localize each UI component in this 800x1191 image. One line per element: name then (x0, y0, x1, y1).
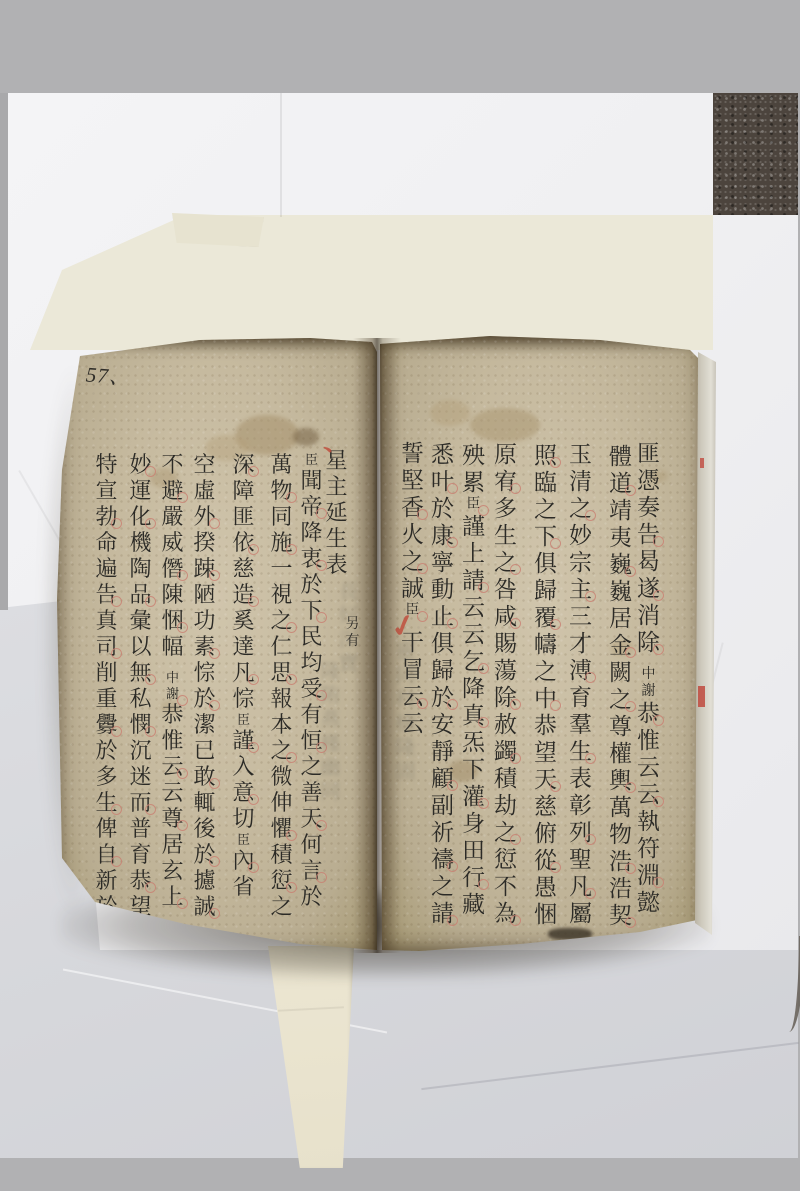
text-column: 匪憑奏告曷遂消除中謝恭惟云云執符淵懿 (635, 440, 662, 916)
manuscript-character: 寧 (429, 549, 456, 576)
manuscript-character: 中 (159, 670, 186, 686)
column-gap (159, 660, 186, 670)
manuscript-character: 積 (268, 842, 295, 868)
text-column: 殃累臣謹上請云云乞降真炁下灌身田行藏 (460, 442, 487, 918)
manuscript-character: 慈 (532, 793, 559, 820)
reading-circle (585, 510, 596, 521)
manuscript-character: 命 (93, 530, 120, 556)
manuscript-character: 田 (460, 837, 487, 864)
reading-circle (447, 780, 458, 791)
manuscript-character: 幬 (532, 631, 559, 658)
manuscript-character: 懿 (635, 889, 662, 916)
text-column: 星主延生表 (323, 448, 350, 578)
manuscript-character: 之 (268, 894, 295, 920)
manuscript-character: 祈 (429, 819, 456, 846)
reading-circle (510, 483, 521, 494)
background-edge-sliver (0, 93, 8, 610)
manuscript-character: 潔 (191, 712, 218, 738)
manuscript-character: 功 (191, 608, 218, 634)
manuscript-character: 陋 (191, 582, 218, 608)
manuscript-character: 憑 (635, 467, 662, 494)
reading-circle (585, 753, 596, 764)
manuscript-character: 不 (492, 873, 519, 900)
manuscript-character: 尊 (607, 713, 634, 740)
manuscript-character: 萬 (607, 794, 634, 821)
folded-paper-flap (172, 213, 264, 247)
manuscript-character: 延 (323, 500, 350, 526)
manuscript-character: 云 (635, 754, 662, 781)
manuscript-left-page: 57、 星主延生表另有臣聞帝降衷於下民均受有恒之善天何言於萬物同施一視之仁思報本… (55, 335, 380, 960)
manuscript-character: 俾 (93, 816, 120, 842)
manuscript-character: 後 (191, 816, 218, 842)
reading-circle (625, 917, 636, 928)
manuscript-character: 槿 (317, 732, 344, 756)
manuscript-character: 恭 (532, 712, 559, 739)
manuscript-right-page: 匪憑奏告曷遂消除中謝恭惟云云執符淵懿體道靖夷巍巍居金闕之尊權輿萬物浩浩契玉清之妙… (380, 335, 705, 955)
manuscript-character: 陶 (127, 556, 154, 582)
reading-circle (550, 700, 561, 711)
manuscript-character: 奚 (230, 608, 257, 634)
manuscript-character: 視 (268, 582, 295, 608)
manuscript-character: 動 (429, 576, 456, 603)
manuscript-character: 特 (93, 452, 120, 478)
manuscript-character: 愆 (492, 846, 519, 873)
manuscript-character: 俱 (532, 550, 559, 577)
reading-circle (447, 537, 458, 548)
reading-circle (585, 888, 596, 899)
manuscript-character: 彰 (567, 792, 594, 819)
manuscript-character: 宣 (93, 478, 120, 504)
manuscript-character: 入 (230, 754, 257, 780)
text-column: 照臨之下俱歸覆幬之中恭望天慈俯從愚悃 (532, 442, 559, 928)
manuscript-character: 陏 (317, 684, 344, 708)
manuscript-character: 私 (127, 686, 154, 712)
manuscript-character: 積 (492, 765, 519, 792)
manuscript-character: 威 (159, 530, 186, 556)
manuscript-character: 削 (93, 660, 120, 686)
manuscript-character: 真 (93, 608, 120, 634)
manuscript-character: 奏 (635, 494, 662, 521)
manuscript-character: 身 (460, 810, 487, 837)
manuscript-character: 臣 (298, 452, 325, 468)
manuscript-character: 運 (127, 478, 154, 504)
manuscript-character: 屬 (567, 900, 594, 927)
manuscript-character: 聖 (567, 846, 594, 873)
manuscript-character: 表 (567, 765, 594, 792)
manuscript-character: 之 (532, 496, 559, 523)
manuscript-character: 謹 (460, 513, 487, 540)
manuscript-character: 萬 (268, 452, 295, 478)
manuscript-character: 主 (323, 474, 350, 500)
manuscript-character: 降 (460, 675, 487, 702)
manuscript-character: 降 (298, 520, 325, 546)
manuscript-character: 殃 (460, 442, 487, 469)
manuscript-character: 誠 (399, 575, 426, 602)
manuscript-character: 歸 (532, 577, 559, 604)
manuscript-character: 恭 (159, 702, 186, 728)
manuscript-character: 重 (93, 686, 120, 712)
reading-circle (550, 538, 561, 549)
text-column: 特宣勃命遍告真司削重釁於多生俾自新於 (93, 452, 120, 920)
dark-object-edge (789, 936, 800, 1032)
red-page-tab (698, 686, 705, 707)
manuscript-character: 蕩 (492, 657, 519, 684)
reading-circle (653, 590, 664, 601)
manuscript-character: 彙 (127, 608, 154, 634)
manuscript-character: 遍 (93, 556, 120, 582)
manuscript-character: 巍 (607, 578, 634, 605)
manuscript-character: 惟 (159, 728, 186, 754)
reading-circle (417, 563, 428, 574)
reading-circle (478, 582, 489, 593)
reading-circle (653, 536, 664, 547)
reading-circle (447, 483, 458, 494)
manuscript-character: 中 (635, 666, 662, 683)
manuscript-character: 才 (567, 630, 594, 657)
manuscript-character: 羣 (567, 711, 594, 738)
manuscript-character: 之 (429, 873, 456, 900)
manuscript-character: 靖 (607, 497, 634, 524)
manuscript-character: 攄 (191, 868, 218, 894)
manuscript-character: 愚 (532, 874, 559, 901)
reading-circle (653, 796, 664, 807)
reading-circle (550, 862, 561, 873)
manuscript-character: 物 (607, 821, 634, 848)
reading-circle (585, 591, 596, 602)
manuscript-character: 民 (298, 624, 325, 650)
manuscript-character: 何 (298, 832, 325, 858)
manuscript-character: 俯 (532, 820, 559, 847)
manuscript-character: 沉 (127, 738, 154, 764)
manuscript-character: 闕 (607, 659, 634, 686)
manuscript-character: 賜 (492, 630, 519, 657)
manuscript-character: 達 (230, 634, 257, 660)
manuscript-character: 宗 (567, 549, 594, 576)
manuscript-character: 一 (268, 556, 295, 582)
manuscript-character: 累 (460, 469, 487, 496)
reading-circle (478, 717, 489, 728)
reading-circle (585, 672, 596, 683)
manuscript-character: 慈 (230, 556, 257, 582)
manuscript-character: 臣 (230, 832, 257, 848)
reading-circle (417, 509, 428, 520)
reading-circle (625, 647, 636, 658)
reading-circle (447, 699, 458, 710)
gutter-shadow (353, 338, 401, 953)
manuscript-character: 炁 (460, 729, 487, 756)
manuscript-character: 執 (635, 808, 662, 835)
manuscript-character: 多 (492, 495, 519, 522)
manuscript-character: 迷 (127, 764, 154, 790)
manuscript-character: 隆 (317, 660, 344, 684)
manuscript-character: 臨 (532, 469, 559, 496)
manuscript-character: 育 (127, 842, 154, 868)
manuscript-character: 居 (159, 832, 186, 858)
manuscript-character: 靜 (429, 738, 456, 765)
reading-circle (510, 564, 521, 575)
manuscript-character: 曷 (635, 548, 662, 575)
manuscript-character: 普 (127, 816, 154, 842)
manuscript-character: 省 (230, 874, 257, 900)
reading-circle (585, 834, 596, 845)
reading-circle (625, 782, 636, 793)
manuscript-character: 原 (492, 441, 519, 468)
manuscript-character: 云 (460, 621, 487, 648)
manuscript-character: 體 (607, 443, 634, 470)
manuscript-character: 赦 (492, 711, 519, 738)
text-column: 空虛外揆踈陋功素悰於潔已敢輒後於攄誠 (191, 452, 218, 920)
reading-circle (478, 663, 489, 674)
manuscript-character: 悉 (429, 441, 456, 468)
manuscript-character: 以 (127, 634, 154, 660)
text-column: 原宥多生之咎咸賜蕩除赦蠲積劫之愆不為 (492, 441, 519, 927)
reading-circle (625, 485, 636, 496)
reading-circle (447, 618, 458, 629)
manuscript-character: 云 (460, 594, 487, 621)
reading-circle (510, 834, 521, 845)
manuscript-character: 悰 (191, 660, 218, 686)
paper-crease (280, 93, 282, 217)
dark-textured-surface (713, 93, 798, 215)
manuscript-character: 微 (268, 764, 295, 790)
manuscript-character: 上 (460, 540, 487, 567)
reading-circle (625, 863, 636, 874)
manuscript-character: 同 (317, 780, 344, 804)
manuscript-character: 悃 (532, 901, 559, 928)
reading-circle (653, 715, 664, 726)
manuscript-character: 表 (323, 552, 350, 578)
text-column: 體道靖夷巍巍居金闕之尊權輿萬物浩浩契 (607, 443, 634, 929)
text-column: 不避嚴威僭陳悃幅中謝恭惟云云尊居玄上 (159, 452, 186, 910)
red-page-tab (700, 458, 704, 468)
text-column: 萬物同施一視之仁思報本之微伸懼積愆之 (268, 452, 295, 920)
manuscript-character: 惟 (635, 727, 662, 754)
reading-circle (478, 798, 489, 809)
reading-circle (510, 699, 521, 710)
manuscript-character: 虛 (191, 478, 218, 504)
manuscript-character: 伸 (268, 790, 295, 816)
manuscript-character: 三 (567, 603, 594, 630)
paper-stain (293, 428, 319, 446)
manuscript-character: 同 (268, 504, 295, 530)
manuscript-character: 切 (230, 806, 257, 832)
reading-circle (447, 861, 458, 872)
manuscript-character: 於 (429, 495, 456, 522)
manuscript-character: 於 (298, 884, 325, 910)
manuscript-character: 本 (268, 712, 295, 738)
manuscript-character: 安 (429, 711, 456, 738)
manuscript-character: 聞 (298, 468, 325, 494)
manuscript-character: 劫 (492, 792, 519, 819)
manuscript-character: 妙 (567, 522, 594, 549)
page-number: 57、 (85, 358, 132, 391)
reading-circle (510, 915, 521, 926)
text-column: 悉叶於康寧動止俱歸於安靜顧副祈禱之請 (429, 441, 456, 927)
column-gap (635, 656, 662, 666)
manuscript-character: 之 (532, 658, 559, 685)
manuscript-character: 陳 (159, 582, 186, 608)
manuscript-character: 已 (191, 738, 218, 764)
manuscript-character: 玉 (567, 441, 594, 468)
manuscript-character: 堅 (399, 467, 426, 494)
manuscript-character: 於 (298, 572, 325, 598)
manuscript-character: 生 (323, 526, 350, 552)
reading-circle (550, 619, 561, 630)
manuscript-character: 不 (159, 452, 186, 478)
reading-circle (177, 695, 188, 706)
reading-circle (625, 566, 636, 577)
manuscript-character: 嚴 (159, 504, 186, 530)
text-column: 玉清之妙宗主三才溥育羣生表彰列聖凡屬 (567, 441, 594, 927)
manuscript-character: 謝 (635, 683, 662, 700)
reading-circle (478, 879, 489, 890)
manuscript-character: 浩 (607, 875, 634, 902)
reading-circle (653, 877, 664, 888)
reading-circle (550, 457, 561, 468)
manuscript-character: 匪 (230, 504, 257, 530)
manuscript-character: 輒 (191, 790, 218, 816)
manuscript-character: 誓 (399, 440, 426, 467)
reading-circle (550, 781, 561, 792)
manuscript-character: 臣 (230, 712, 257, 728)
reading-circle (510, 618, 521, 629)
manuscript-character: 夷 (607, 524, 634, 551)
manuscript-character: 機 (127, 530, 154, 556)
manuscript-character: 報 (268, 686, 295, 712)
manuscript-character: 仁 (268, 634, 295, 660)
manuscript-character: 生 (492, 522, 519, 549)
manuscript-character: 藏 (460, 891, 487, 918)
manuscript-character: 空 (191, 452, 218, 478)
manuscript-character: 歸 (429, 657, 456, 684)
ghost-bleedthrough-column: 隆陏燕槿幽同 (317, 660, 344, 804)
manuscript-character: 副 (429, 792, 456, 819)
manuscript-character: 於 (93, 738, 120, 764)
paper-stain (430, 400, 470, 426)
manuscript-character: 云 (159, 780, 186, 806)
manuscript-character: 權 (607, 740, 634, 767)
manuscript-character: 育 (567, 684, 594, 711)
photo-of-open-manuscript: 57、 星主延生表另有臣聞帝降衷於下民均受有恒之善天何言於萬物同施一視之仁思報本… (0, 0, 800, 1191)
manuscript-character: 玄 (159, 858, 186, 884)
manuscript-character: 清 (567, 468, 594, 495)
manuscript-character: 俱 (429, 630, 456, 657)
paper-stain (470, 408, 540, 442)
reading-circle (653, 644, 664, 655)
manuscript-character: 符 (635, 835, 662, 862)
manuscript-character: 新 (93, 868, 120, 894)
manuscript-character: 幽 (317, 756, 344, 780)
manuscript-character: 多 (93, 764, 120, 790)
manuscript-character: 消 (635, 602, 662, 629)
manuscript-character: 悰 (230, 686, 257, 712)
manuscript-character: 火 (399, 521, 426, 548)
manuscript-character: 匪 (635, 440, 662, 467)
reading-circle (510, 753, 521, 764)
reading-circle (625, 701, 636, 712)
manuscript-character: 居 (607, 605, 634, 632)
manuscript-character: 咎 (492, 576, 519, 603)
manuscript-character: 燕 (317, 708, 344, 732)
manuscript-character: 揆 (191, 530, 218, 556)
manuscript-character: 障 (230, 478, 257, 504)
manuscript-character: 望 (532, 739, 559, 766)
manuscript-character: 幅 (159, 634, 186, 660)
manuscript-character: 下 (460, 756, 487, 783)
text-column: 深障匪依慈造奚達凡悰臣謹入意切臣內省 (230, 452, 257, 900)
text-column: 妙運化機陶品彙以無私憫沉迷而普育恭望 (127, 452, 154, 920)
reading-circle (447, 915, 458, 926)
